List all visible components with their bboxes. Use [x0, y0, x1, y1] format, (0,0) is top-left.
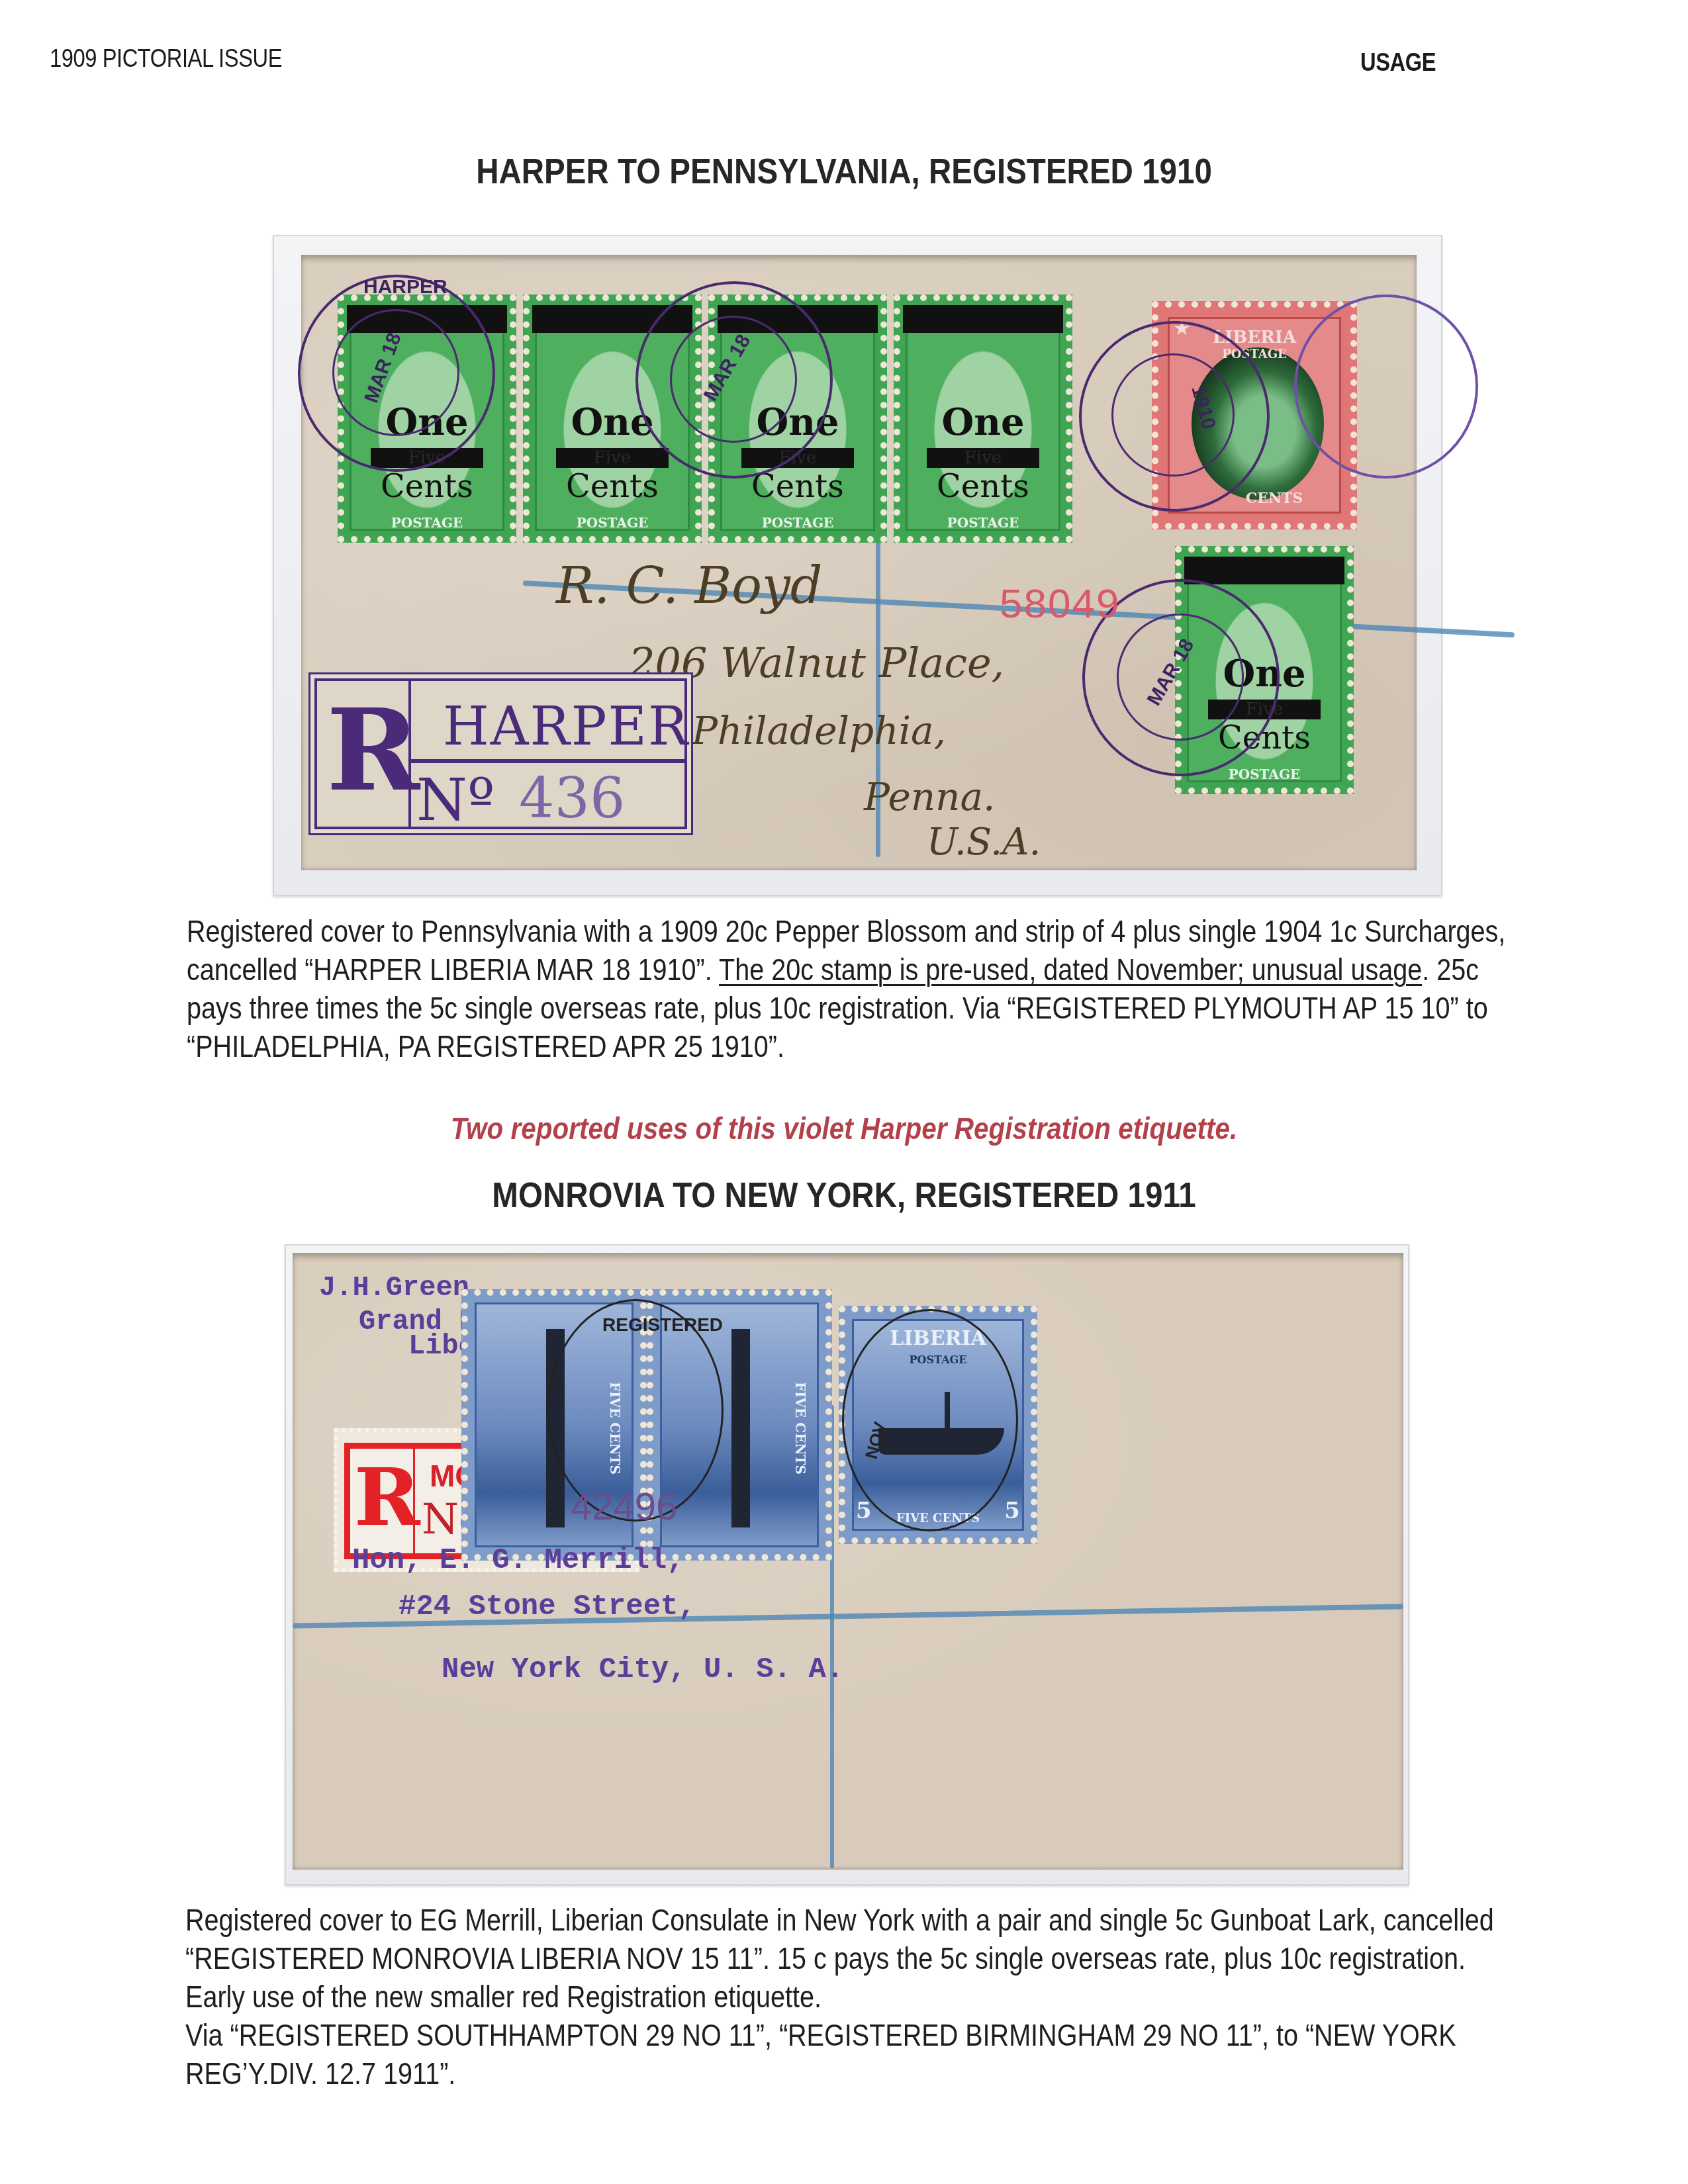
stamp-label: POSTAGE: [344, 515, 510, 531]
stamp-label: FIVE CENTS: [792, 1382, 808, 1475]
cover1-title: HARPER TO PENNSYLVANIA, REGISTERED 1910: [101, 151, 1587, 192]
registration-number-red: 58049: [1000, 580, 1120, 627]
cover1-description: Registered cover to Pennsylvania with a …: [187, 912, 1519, 1066]
cover2-description: Registered cover to EG Merrill, Liberian…: [185, 1901, 1517, 2093]
etiquette-note: Two reported uses of this violet Harper …: [101, 1111, 1587, 1146]
address-line: Philadelphia,: [692, 708, 946, 753]
surcharge-text: Cents: [530, 468, 695, 505]
registration-label-harper: R HARPER Nº 436: [314, 678, 687, 829]
postmark-text: NOV: [861, 1420, 891, 1461]
stamp-label: POSTAGE: [900, 515, 1066, 531]
surcharge-text: Five: [556, 448, 669, 468]
postmark-harper: 1910: [1079, 321, 1270, 512]
postmark-partial: [1294, 295, 1478, 478]
description-text: Early use of the new smaller red Registr…: [185, 1978, 1517, 2016]
stamp-label: 5: [856, 1498, 872, 1524]
stamp-label: POSTAGE: [715, 515, 880, 531]
stamp-1c-surcharge: One Five Cents POSTAGE: [894, 295, 1072, 543]
page-header-left: 1909 PICTORIAL ISSUE: [50, 45, 282, 73]
surcharge-text: One: [900, 400, 1066, 444]
registration-office: HARPER: [443, 696, 689, 757]
postmark-text: HARPER: [363, 276, 447, 298]
address-line: New York City, U. S. A.: [442, 1653, 843, 1686]
address-line: U.S.A.: [927, 821, 1041, 864]
surcharge-text: Cents: [900, 468, 1066, 505]
postmark-registered-monrovia: NOV: [842, 1309, 1018, 1531]
postmark-harper: HARPER MAR 18: [298, 275, 495, 472]
surcharge-text: Five: [927, 448, 1039, 468]
address-line: Hon, E. G. Merrill,: [352, 1544, 684, 1577]
description-text: Registered cover to EG Merrill, Liberian…: [185, 1901, 1517, 1978]
stamp-label: POSTAGE: [530, 515, 695, 531]
registration-r: R: [326, 688, 420, 813]
address-line: #24 Stone Street,: [399, 1590, 696, 1623]
registration-number-purple: 42496: [571, 1484, 677, 1529]
address-line: R. C. Boyd: [556, 556, 823, 615]
description-underlined: The 20c stamp is pre-used, dated Novembe…: [719, 952, 1422, 987]
description-text: Via “REGISTERED SOUTHHAMPTON 29 NO 11”, …: [185, 2016, 1517, 2093]
surcharge-text: Cents: [344, 468, 510, 505]
cover1-envelope: One Five Cents POSTAGE One Five Cents PO…: [301, 255, 1417, 870]
registration-number: 436: [519, 766, 625, 831]
page-header-right: USAGE: [1360, 49, 1436, 77]
cover2-title: MONROVIA TO NEW YORK, REGISTERED 1911: [101, 1175, 1587, 1216]
stamp-label: 5: [1004, 1498, 1020, 1524]
registration-no-prefix: Nº: [416, 766, 494, 834]
postmark-text: REGISTERED: [602, 1314, 723, 1336]
registration-r: R: [354, 1451, 420, 1544]
postmark-harper: MAR 18: [635, 281, 833, 478]
address-line: Penna.: [864, 774, 995, 819]
cover2-envelope: J.H.Green, Grand Bassa, Liberia. R MONRO…: [293, 1253, 1403, 1870]
